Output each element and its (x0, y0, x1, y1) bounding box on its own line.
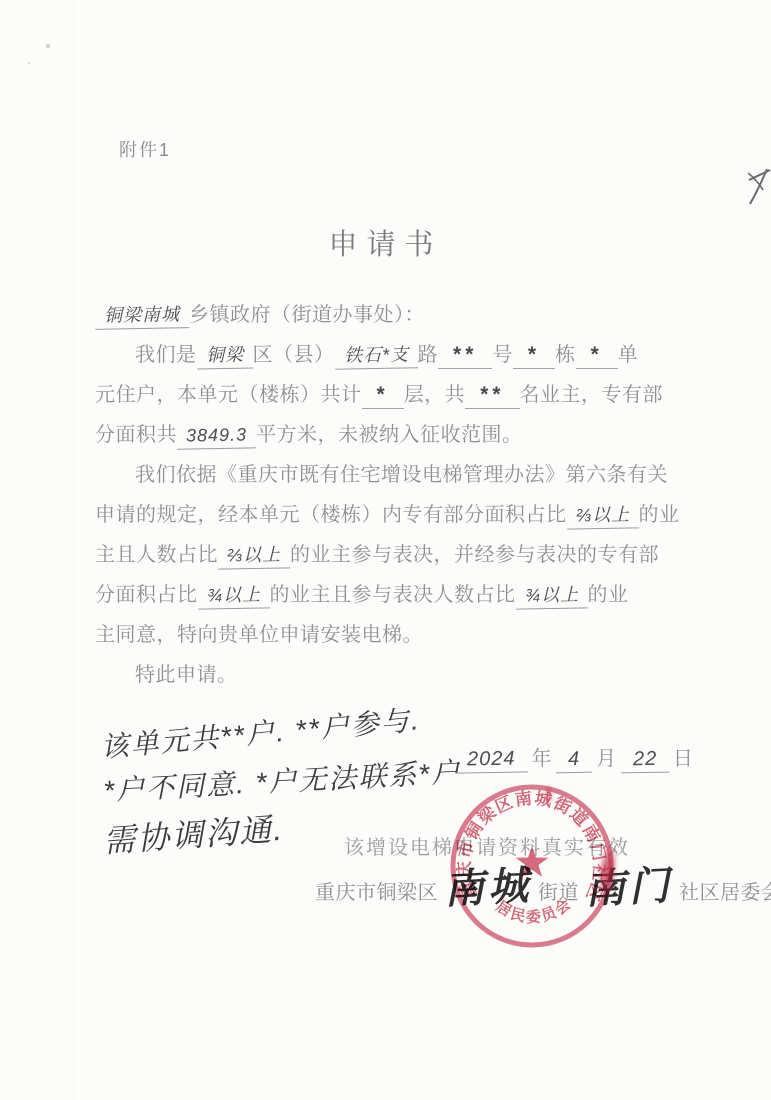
printed-text: 的业 (588, 584, 629, 606)
printed-text: 区（县） (253, 344, 335, 366)
handwritten-fill: 22 (620, 746, 669, 774)
printed-text: 社区居委会 (679, 882, 771, 904)
printed-text: 名业主，专有部 (520, 384, 664, 406)
handwritten-fill: 3849.3 (177, 421, 257, 449)
printed-text: 号 (492, 344, 513, 366)
handwritten-fill: 铁石*支 (334, 341, 417, 369)
printed-text: 申请的规定，经本单元（楼栋）内专有部分面积占比 (95, 504, 567, 526)
scan-speck (46, 44, 50, 48)
text-line: 分面积占比¾以上的业主且参与表决人数占比¾以上的业 (95, 575, 735, 615)
text-line: 元住户，本单元（楼栋）共计*层，共**名业主，专有部 (95, 375, 735, 415)
date-line: 2024年4月22日 (455, 742, 697, 773)
printed-text: 主同意，特向贵单位申请安装电梯。 (95, 624, 423, 646)
seal-bottom-text: 居民委员会 (493, 894, 576, 926)
printed-text: 的业主且参与表决人数占比 (270, 584, 516, 606)
star-icon (516, 846, 548, 877)
printed-text: 元住户，本单元（楼栋）共计 (95, 384, 362, 406)
handwritten-fill: 4 (556, 746, 593, 774)
text-line: 我们是铜梁区（县）铁石*支路**号*栋*单 (95, 335, 735, 375)
handwritten-fill: ¾以上 (515, 581, 587, 609)
redaction-asterisks: * (362, 382, 404, 409)
text-line: 特此申请。 (95, 655, 735, 695)
body-paragraphs: 铜梁南城乡镇政府（街道办事处）：我们是铜梁区（县）铁石*支路**号*栋*单元住户… (95, 295, 735, 695)
svg-text:重庆市铜梁区南城街道南门社区: 重庆市铜梁区南城街道南门社区 (454, 787, 611, 904)
handwritten-note-line: 需协调沟通. (102, 804, 286, 863)
redaction-asterisks: ** (465, 382, 519, 409)
seal-arc-text: 重庆市铜梁区南城街道南门社区 (454, 787, 611, 904)
printed-text: 日 (673, 748, 694, 770)
printed-text: 的业主参与表决，并经参与表决的专有部 (290, 544, 659, 566)
text-line: 我们依据《重庆市既有住宅增设电梯管理办法》第六条有关 (95, 455, 735, 495)
handwritten-fill: 铜梁南城 (95, 301, 189, 330)
printed-text: 平方米，未被纳入征收范围。 (256, 424, 523, 446)
handwritten-fill: ⅔以上 (218, 541, 290, 569)
page-title: 申请书 (0, 222, 771, 263)
printed-text: 重庆市铜梁区 (315, 882, 438, 904)
text-line: 主且人数占比⅔以上的业主参与表决，并经参与表决的专有部 (95, 535, 735, 575)
text-line: 主同意，特向贵单位申请安装电梯。 (95, 615, 735, 655)
printed-text: 分面积占比 (95, 584, 198, 606)
ink-smudge (545, 786, 552, 803)
printed-text: 栋 (555, 344, 576, 366)
attachment-label: 附件1 (119, 136, 171, 162)
text-line: 申请的规定，经本单元（楼栋）内专有部分面积占比⅔以上的业 (95, 495, 735, 535)
text-line: 分面积共3849.3平方米，未被纳入征收范围。 (95, 415, 735, 455)
printed-text: 特此申请。 (135, 664, 238, 686)
handwritten-fill: 2024 (455, 745, 528, 773)
printed-text: 分面积共 (95, 424, 177, 446)
printed-text: 的业 (639, 504, 680, 526)
svg-text:居民委员会: 居民委员会 (493, 894, 576, 926)
printed-text: 路 (418, 344, 439, 366)
scan-speck (28, 62, 30, 64)
printed-text: 主且人数占比 (95, 544, 218, 566)
printed-text: 我们是 (135, 344, 197, 366)
scan-fold-line (73, 0, 74, 1100)
handwritten-fill: ⅔以上 (566, 501, 638, 529)
printed-text: 层，共 (404, 384, 466, 406)
redaction-asterisks: ** (438, 342, 492, 369)
printed-text: 月 (596, 748, 617, 770)
scanned-application-page: 附件1 申请书 铜梁南城乡镇政府（街道办事处）：我们是铜梁区（县）铁石*支路**… (0, 0, 771, 1100)
printed-text: 乡镇政府（街道办事处）： (189, 304, 425, 326)
printed-text: 年 (532, 748, 553, 770)
printed-text: 单 (618, 344, 639, 366)
redaction-asterisks: * (513, 342, 555, 369)
text-line: 铜梁南城乡镇政府（街道办事处）： (95, 295, 735, 335)
margin-x-mark (747, 168, 771, 216)
printed-text: 我们依据《重庆市既有住宅增设电梯管理办法》第六条有关 (135, 464, 668, 486)
handwritten-fill: 铜梁 (196, 342, 252, 370)
redaction-asterisks: * (576, 342, 618, 369)
handwritten-fill: ¾以上 (197, 581, 269, 609)
